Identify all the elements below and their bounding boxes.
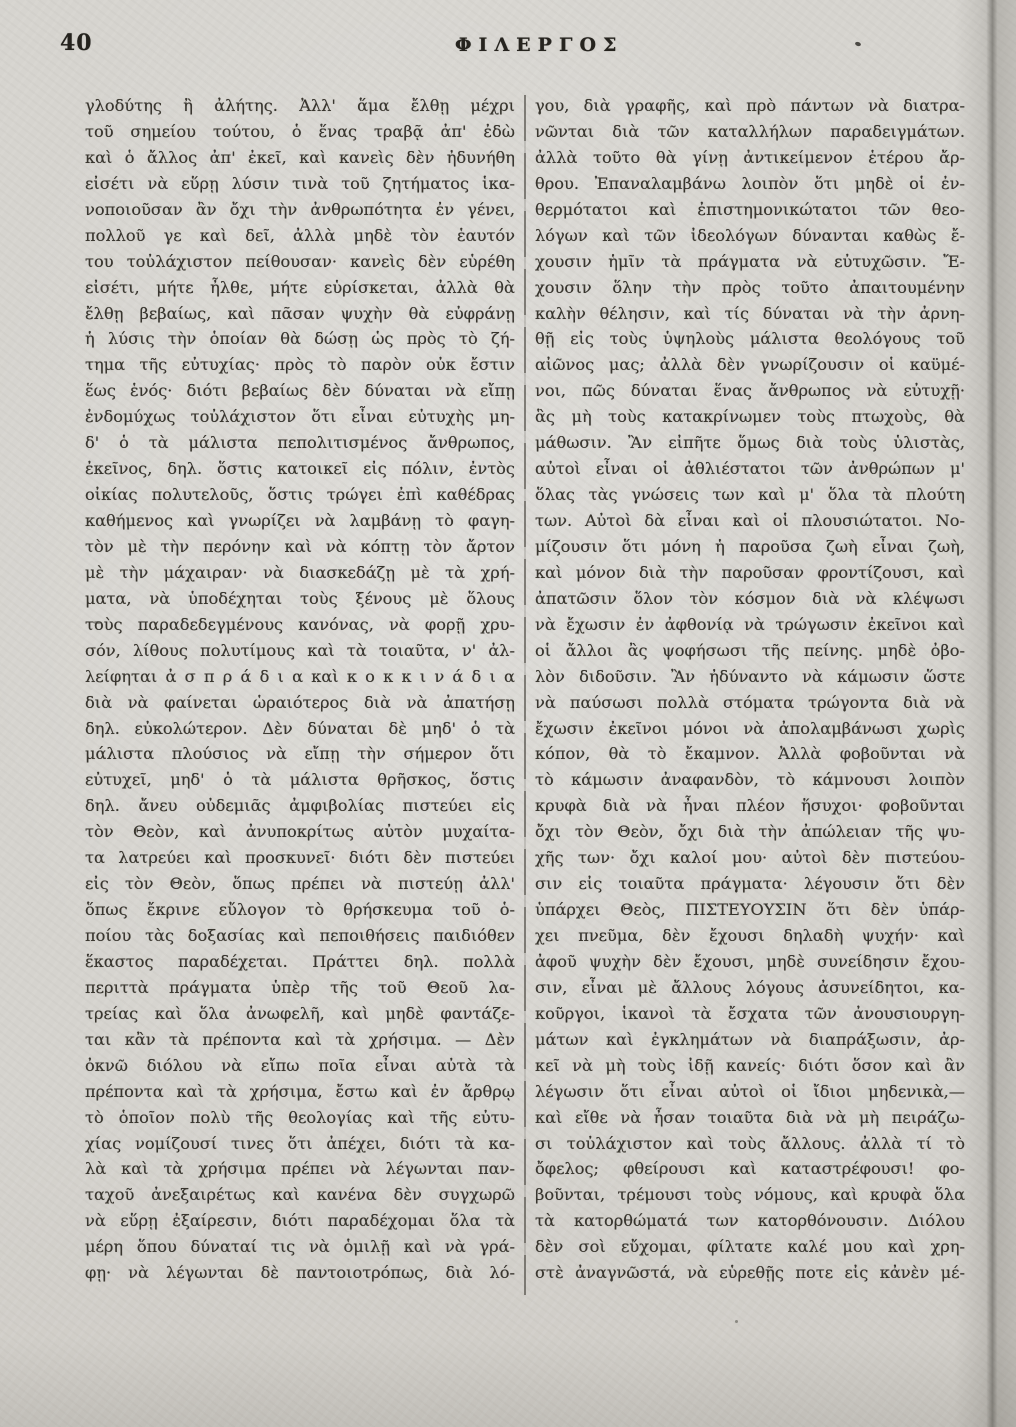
text-line: καθήμενος καὶ γνωρίζει νὰ λαμβάνῃ τὸ φαγ… (85, 508, 515, 534)
text-line: τοῦ σημείου τούτου, ὁ ἕνας τραβᾷ ἀπ' ἐδὼ (85, 119, 515, 145)
text-line: χει πνεῦμα, δὲν ἔχουσι δηλαδὴ ψυχήν· καὶ (535, 923, 965, 949)
text-line: λείφηται ἀ σ π ρ ά δ ι α καὶ κ ο κ κ ι ν… (85, 664, 515, 690)
text-line: κόπον, θὰ τὸ ἔκαμνον. Ἀλλὰ φοβοῦνται νὰ (535, 741, 965, 767)
text-line: μέρη ὅπου δύναταί τις νὰ ὁμιλῇ καὶ νὰ γρ… (85, 1234, 515, 1260)
text-line: ταχοῦ ἀνεξαιρέτως καὶ κανένα δὲν συγχωρῶ (85, 1182, 515, 1208)
text-line: των. Αὐτοὶ δὰ εἶναι καὶ οἱ πλουσιώτατοι.… (535, 508, 965, 534)
text-line: νὰ ἔχωσιν ἐν ἀφθονίᾳ νὰ τρώγωσιν ἐκεῖνοι… (535, 612, 965, 638)
text-line: στὲ ἀναγνῶστά, νὰ εὑρεθῇς ποτε εἰς κἀνὲν… (535, 1260, 965, 1286)
text-line: σι τοὐλάχιστον καὶ τοὺς ἄλλους. ἀλλὰ τί … (535, 1131, 965, 1157)
text-line: πολλοῦ γε καὶ δεῖ, ἀλλὰ μηδὲ τὸν ἑαυτόν (85, 223, 515, 249)
text-line: τὸ κάμωσιν ἀναφανδὸν, τὸ κάμνουσι λοιπὸν (535, 767, 965, 793)
text-line: διὰ νὰ φαίνεται ὡραιότερος διὰ νὰ ἀπατήσ… (85, 690, 515, 716)
text-line: τὸ ὁποῖον πολὺ τῆς θεολογίας καὶ τῆς εὐτ… (85, 1105, 515, 1131)
text-line: τημα τῆς εὐτυχίας· πρὸς τὸ παρὸν οὐκ ἔστ… (85, 352, 515, 378)
text-line: ὀκνῶ διόλου νὰ εἴπω ποῖα εἶναι αὐτὰ τὰ (85, 1053, 515, 1079)
text-line: ἃς μὴ τοὺς κατακρίνωμεν τοὺς πτωχοὺς, θὰ (535, 404, 965, 430)
text-line: ὅπως ἔκρινε εὔλογον τὸ θρήσκευμα τοῦ ὁ- (85, 897, 515, 923)
text-line: νοι, πῶς δύναται ἕνας ἄνθρωπος νὰ εὐτυχῇ… (535, 378, 965, 404)
text-line: καὶ ὁ ἄλλος ἀπ' ἐκεῖ, καὶ κανεὶς δὲν ἠδυ… (85, 145, 515, 171)
text-line: χουσιν ὅλην τὴν πρὸς τοῦτο ἀπαιτουμένην (535, 275, 965, 301)
text-line: ται κἂν τὰ πρέποντα καὶ τὰ χρήσιμα. — Δὲ… (85, 1027, 515, 1053)
text-line: εἰσέτι νὰ εὕρῃ λύσιν τινὰ τοῦ ζητήματος … (85, 171, 515, 197)
text-line: ἔχωσιν ἐκεῖνοι μόνοι νὰ ἀπολαμβάνωσι χωρ… (535, 716, 965, 742)
scanned-book-page: 40 ΦΙΛΕΡΓΟΣ γλοδύτης ἢ ἀλήτης. Ἀλλ' ἅμα … (0, 0, 1016, 1427)
text-line: ὑπάρχει Θεὸς, ΠΙΣΤΕΥΟΥΣΙΝ ὅτι δὲν ὑπάρ- (535, 897, 965, 923)
text-line: ματα, νὰ ὑποδέχηται τοὺς ξένους μὲ ὅλους (85, 586, 515, 612)
text-line: θερμότατοι καὶ ἐπιστημονικώτατοι τῶν θεο… (535, 197, 965, 223)
text-line: λὰ καὶ τὰ χρήσιμα πρέπει νὰ λέγωνται παν… (85, 1156, 515, 1182)
bottom-edge-shadow (0, 1337, 1016, 1427)
text-line: λόγων καὶ τῶν ἰδεολόγων δύνανται καθὼς ἔ… (535, 223, 965, 249)
text-line: θῇ εἰς τοὺς ὑψηλοὺς μάλιστα θεολόγους το… (535, 326, 965, 352)
text-line: ὄφελος; φθείρουσι καὶ καταστρέφουσι! φο- (535, 1156, 965, 1182)
text-line: δὲν σοὶ εὔχομαι, φίλτατε καλέ μου καὶ χρ… (535, 1234, 965, 1260)
text-line: χουσιν ἡμῖν τὰ πράγματα νὰ εὐτυχῶσιν. Ἔ- (535, 249, 965, 275)
text-line: ἀπατῶσιν ὅλον τὸν κόσμον διὰ νὰ κλέψωσι (535, 586, 965, 612)
text-line: αὐτοὶ εἶναι οἱ ἀθλιέστατοι τῶν ἀνθρώπων … (535, 456, 965, 482)
text-line: καὶ εἴθε νὰ ἦσαν τοιαῦτα διὰ νὰ μὴ πειρά… (535, 1105, 965, 1131)
left-column: γλοδύτης ἢ ἀλήτης. Ἀλλ' ἅμα ἔλθῃ μέχρι τ… (85, 93, 515, 1286)
text-line: τρείας καὶ ὅλα ἀνωφελῆ, καὶ μηδὲ φαντάζε… (85, 1001, 515, 1027)
text-line: σιν, εἶναι μὲ ἄλλους λόγους ἀσυνείδητοι,… (535, 975, 965, 1001)
text-line: καλὴν θέλησιν, καὶ τίς δύναται νὰ τὴν ἀρ… (535, 301, 965, 327)
text-line: τὰ κατορθώματά των κατορθόνουσιν. Διόλου (535, 1208, 965, 1234)
text-line: ἕως ἑνός· διότι βεβαίως δὲν δύναται νὰ ε… (85, 378, 515, 404)
text-line: νὰ εὕρῃ ἐξαίρεσιν, διότι παραδέχομαι ὅλα… (85, 1208, 515, 1234)
text-line: μάλιστα πλούσιος νὰ εἴπῃ τὴν σήμερον ὅτι (85, 741, 515, 767)
text-line: ἐκεῖνος, δηλ. ὅστις κατοικεῖ εἰς πόλιν, … (85, 456, 515, 482)
text-line: τὸν μὲ τὴν περόνην καὶ νὰ κόπτῃ τὸν ἄρτο… (85, 534, 515, 560)
text-line: τὸν Θεὸν, καὶ ἀνυποκρίτως αὐτὸν μυχαίτα- (85, 819, 515, 845)
text-line: τα λατρεύει καὶ προσκυνεῖ· διότι δὲν πισ… (85, 845, 515, 871)
text-line: περιττὰ πράγματα ὑπὲρ τῆς τοῦ Θεοῦ λα- (85, 975, 515, 1001)
text-line: εὐτυχεῖ, μηδ' ὁ τὰ μάλιστα θρῆσκος, ὅστι… (85, 767, 515, 793)
text-line: σιν εἰς τοιαῦτα πράγματα· λέγουσιν ὅτι δ… (535, 871, 965, 897)
text-line: καὶ μόνον διὰ τὴν παροῦσαν φροντίζουσι, … (535, 560, 965, 586)
text-line: μάθωσιν. Ἂν εἰπῆτε ὅμως διὰ τοὺς ὑλιστὰς… (535, 430, 965, 456)
page-number: 40 (60, 30, 93, 56)
text-line: θρου. Ἐπαναλαμβάνω λοιπὸν ὅτι μηδὲ οἱ ἐν… (535, 171, 965, 197)
journal-title: ΦΙΛΕΡΓΟΣ (455, 34, 623, 56)
text-line: εἰς τὸν Θεὸν, ὅπως πρέπει νὰ πιστεύῃ ἀλλ… (85, 871, 515, 897)
text-line: φῃ· νὰ λέγωνται δὲ παντοιοτρόπως, διὰ λό… (85, 1260, 515, 1286)
text-line: λὸν διδοῦσιν. Ἂν ἠδύναντο νὰ κάμωσιν ὥστ… (535, 664, 965, 690)
text-line: ἀφοῦ ψυχὴν δὲν ἔχουσι, μηδὲ συνείδησιν ἔ… (535, 949, 965, 975)
right-column: γου, διὰ γραφῆς, καὶ πρὸ πάντων νὰ διατρ… (535, 93, 965, 1286)
text-line: ἔλθῃ βεβαίως, καὶ πᾶσαν ψυχὴν θὰ εὐφράνῃ (85, 301, 515, 327)
text-line: οἱ ἄλλοι ἂς ψοφήσωσι τῆς πείνης. μηδὲ ὀβ… (535, 638, 965, 664)
text-line: χῆς των· ὄχι καλοί μου· αὐτοὶ δὲν πιστεύ… (535, 845, 965, 871)
ink-speck (735, 1320, 738, 1323)
text-line: κρυφὰ διὰ νὰ ἦναι πλέον ἥσυχοι· φοβοῦντα… (535, 793, 965, 819)
text-line: νοποιοῦσαν ἂν ὄχι τὴν ἀνθρωπότητα ἐν γέν… (85, 197, 515, 223)
text-line: βοῦνται, τρέμουσι τοὺς νόμους, καὶ κρυφὰ… (535, 1182, 965, 1208)
text-line: εἰσέτι, μήτε ἦλθε, μήτε εὑρίσκεται, ἀλλὰ… (85, 275, 515, 301)
text-line: ἡ λύσις τὴν ὁποίαν θὰ δώσῃ ὡς πρὸς τὸ ζή… (85, 326, 515, 352)
text-line: ὄχι τὸν Θεὸν, ὄχι διὰ τὴν ἀπώλειαν τῆς ψ… (535, 819, 965, 845)
text-line: δηλ. ἄνευ οὐδεμιᾶς ἀμφιβολίας πιστεύει ε… (85, 793, 515, 819)
text-line: νῶνται διὰ τῶν καταλλήλων παραδειγμάτων. (535, 119, 965, 145)
text-line: γλοδύτης ἢ ἀλήτης. Ἀλλ' ἅμα ἔλθῃ μέχρι (85, 93, 515, 119)
text-line: του τοὐλάχιστον πείθουσαν· κανεὶς δὲν εὑ… (85, 249, 515, 275)
text-line: μάτων καὶ ἐγκλημάτων νὰ διαπράξωσιν, ἀρ- (535, 1027, 965, 1053)
text-line: κεῖ νὰ μὴ τοὺς ἰδῇ κανείς· διότι ὅσον κα… (535, 1053, 965, 1079)
text-line: κοῦργοι, ἱκανοὶ τὰ ἔσχατα τῶν ἀνουσιουργ… (535, 1001, 965, 1027)
text-line: γου, διὰ γραφῆς, καὶ πρὸ πάντων νὰ διατρ… (535, 93, 965, 119)
text-line: δηλ. εὐκολώτερον. Δὲν δύναται δὲ μηδ' ὁ … (85, 716, 515, 742)
text-line: μὲ τὴν μάχαιραν· νὰ διασκεδάζῃ μὲ τὰ χρή… (85, 560, 515, 586)
text-line: χίας νομίζουσί τινες ὅτι ἀπέχει, διότι τ… (85, 1131, 515, 1157)
text-line: νὰ παύσωσι πολλὰ στόματα τρώγοντα διὰ νὰ (535, 690, 965, 716)
text-line: ποίου τὰς δοξασίας καὶ πεποιθήσεις παιδι… (85, 923, 515, 949)
text-line: ὅλας τὰς γνώσεις των καὶ μ' ὅλα τὰ πλούτ… (535, 482, 965, 508)
ink-speck (854, 41, 861, 47)
text-line: αἰῶνος μας; ἀλλὰ δὲν γνωρίζουσιν οἱ καϋμ… (535, 352, 965, 378)
text-line: τοὺς παραδεδεγμένους κανόνας, νὰ φορῇ χρ… (85, 612, 515, 638)
text-line: μίζουσιν ὅτι μόνη ἡ παροῦσα ζωὴ εἶναι ζω… (535, 534, 965, 560)
text-line: λέγωσιν ὅτι εἶναι αὐτοὶ οἱ ἴδιοι μηδενικ… (535, 1079, 965, 1105)
text-line: ἀλλὰ τοῦτο θὰ γίνῃ ἀντικείμενον ἑτέρου ἄ… (535, 145, 965, 171)
text-line: πρέποντα καὶ τὰ χρήσιμα, ἔστω καὶ ἐν ἄρθ… (85, 1079, 515, 1105)
text-line: ἕκαστος παραδέχεται. Πράττει δηλ. πολλὰ (85, 949, 515, 975)
text-line: σόν, λίθους πολυτίμους καὶ τὰ τοιαῦτα, ν… (85, 638, 515, 664)
text-line: δ' ὁ τὰ μάλιστα πεπολιτισμένος ἄνθρωπος, (85, 430, 515, 456)
text-line: ἐνδομύχως τοὐλάχιστον ὅτι εἶναι εὐτυχὴς … (85, 404, 515, 430)
column-divider-rule (524, 95, 526, 1295)
text-line: οἰκίας πολυτελοῦς, ὅστις τρώγει ἐπὶ καθέ… (85, 482, 515, 508)
